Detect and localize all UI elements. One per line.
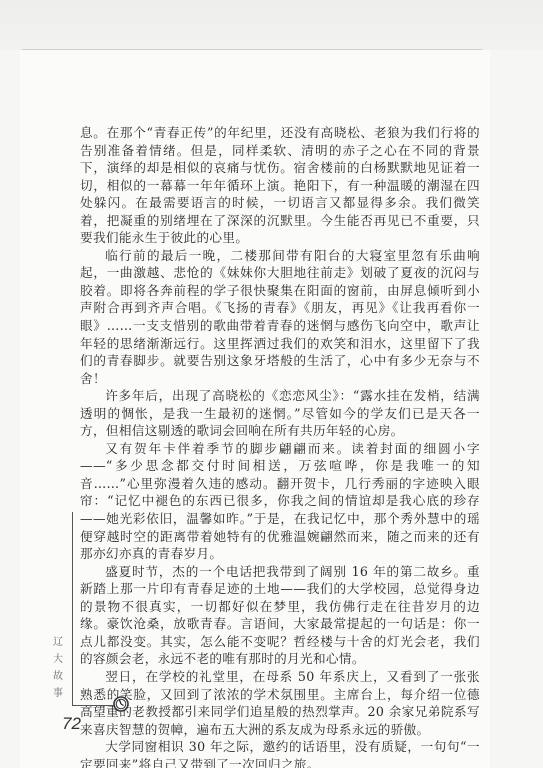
page-number: 72 — [62, 714, 81, 734]
side-label-char: 辽 — [52, 634, 64, 651]
margin-rule-vertical — [72, 512, 73, 706]
paragraph: 临行前的最后一晚，二楼那间带有阳台的大寝室里忽有乐曲响起，一曲激越、悲怆的《妹妹… — [80, 247, 480, 387]
side-label-char: 故 — [52, 668, 64, 685]
scan-background — [0, 0, 543, 50]
paragraph: 盛夏时节，杰的一个电话把我带到了阔别 16 年的第二故乡。重新踏上那一片印有青春… — [80, 563, 480, 668]
margin-rule-horizontal — [72, 705, 117, 706]
side-label-char: 事 — [52, 685, 64, 702]
section-side-label: 辽 大 故 事 — [52, 634, 64, 702]
body-text: 息。在那个“青春正传”的年纪里，还没有高晓松、老狼为我们行将的告别准备着情绪。但… — [80, 124, 480, 768]
side-label-char: 大 — [52, 651, 64, 668]
paragraph: 又有贺年卡伴着季节的脚步翩翩而来。读着封面的细圆小字——“多少思念都交付时间相送… — [80, 440, 480, 563]
paragraph: 翌日，在学校的礼堂里，在母系 50 年系庆上，又看到了一张张熟悉的笑脸，又回到了… — [80, 668, 480, 738]
paragraph: 许多年后，出现了高晓松的《恋恋风尘》：“露水挂在发梢，结满透明的惆怅，是我一生最… — [80, 387, 480, 440]
paragraph: 大学同窗相识 30 年之际，邀约的话语里，没有质疑，一句句“一定要回来”将自己又… — [80, 738, 480, 768]
paragraph: 息。在那个“青春正传”的年纪里，还没有高晓松、老狼为我们行将的告别准备着情绪。但… — [80, 124, 480, 247]
clock-icon — [113, 696, 129, 712]
